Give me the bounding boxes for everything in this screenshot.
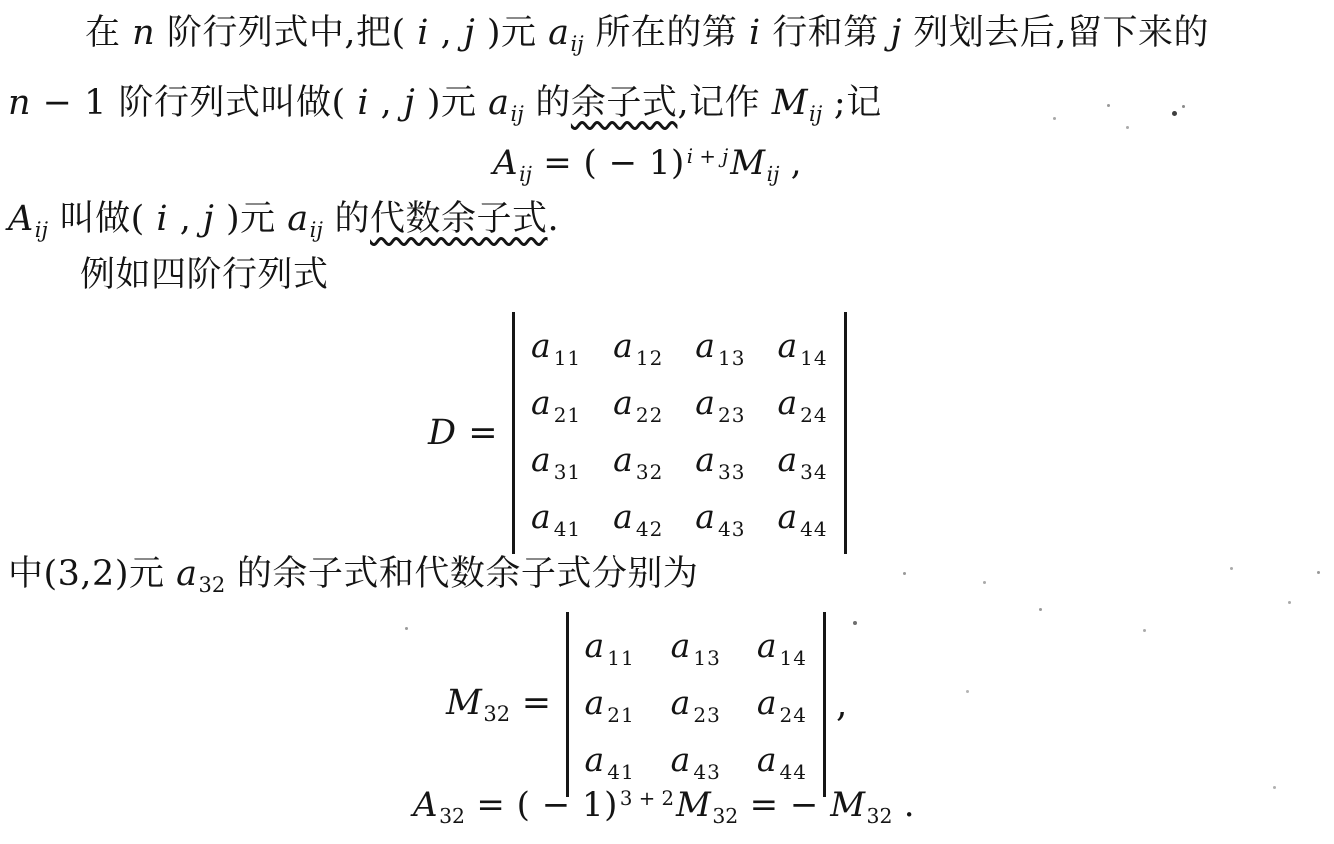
text-run: ij bbox=[767, 162, 780, 186]
text-run: i + j bbox=[687, 145, 728, 168]
matrix-entry: a11 bbox=[585, 626, 635, 670]
text-run: )元 bbox=[415, 83, 488, 123]
matrix-entry: a13 bbox=[695, 326, 745, 370]
text-run: M bbox=[730, 143, 765, 183]
paragraph-line-4: 中(3,2)元 a32 的余子式和代数余子式分别为 bbox=[8, 553, 698, 598]
matrix-entry: a34 bbox=[777, 440, 827, 484]
matrix-entry: a44 bbox=[757, 740, 807, 784]
matrix-entry: a24 bbox=[777, 383, 827, 427]
determinant-D-matrix: a11a12a13a14a21a22a23a24a31a32a33a34a41a… bbox=[512, 312, 847, 554]
matrix-entry: a12 bbox=[613, 326, 663, 370]
formula-A32-result: A32 = ( − 1)3 + 2M32 = − M32 . bbox=[413, 784, 915, 829]
minor-M32-matrix: a11a13a14a21a23a24a41a43a44 bbox=[566, 612, 826, 797]
text-run: = − bbox=[738, 785, 830, 825]
text-run: n bbox=[132, 13, 155, 53]
text-run: j bbox=[404, 83, 415, 123]
matrix-entry: a33 bbox=[695, 440, 745, 484]
text-run: , bbox=[779, 143, 802, 183]
text-run: ij bbox=[809, 102, 822, 126]
text-run: , bbox=[429, 13, 464, 53]
text-run: 例如四阶行列式 bbox=[80, 255, 329, 295]
text-run: a bbox=[548, 13, 569, 53]
text-run: D bbox=[428, 413, 457, 453]
scan-speck bbox=[1143, 629, 1146, 632]
matrix-entry: a31 bbox=[531, 440, 581, 484]
text-run: A bbox=[493, 143, 518, 183]
text-run: 32 bbox=[439, 804, 465, 828]
text-run: = bbox=[457, 413, 498, 453]
text-run: 阶行列式中,把( bbox=[155, 13, 417, 53]
matrix-entry: a44 bbox=[777, 497, 827, 541]
scan-speck bbox=[1053, 117, 1056, 120]
text-run: A bbox=[413, 785, 438, 825]
text-run: = bbox=[510, 683, 551, 723]
text-run: , bbox=[168, 199, 203, 239]
matrix-entry: a14 bbox=[777, 326, 827, 370]
text-run: i bbox=[156, 199, 168, 239]
text-run: ij bbox=[519, 162, 532, 186]
text-run: 所在的第 bbox=[584, 13, 749, 53]
scan-speck bbox=[1126, 126, 1129, 129]
text-run: = ( − 1) bbox=[465, 785, 618, 825]
text-run: i bbox=[749, 13, 761, 53]
text-run: 32 bbox=[867, 804, 893, 828]
text-run: M bbox=[446, 683, 482, 723]
text-run: 的 bbox=[323, 199, 370, 239]
text-run: M bbox=[830, 785, 865, 825]
scan-speck bbox=[405, 627, 408, 630]
determinant-D-label: D = bbox=[428, 413, 498, 453]
text-run: 3 + 2 bbox=[620, 787, 674, 810]
emphasized-term: 代数余子式 bbox=[370, 199, 548, 239]
text-run: . bbox=[548, 199, 560, 239]
text-run: )元 bbox=[214, 199, 287, 239]
text-run: j bbox=[203, 199, 214, 239]
formula-cofactor-definition: Aij = ( − 1)i + jMij , bbox=[493, 142, 802, 187]
text-run: M bbox=[772, 83, 808, 123]
scan-speck bbox=[983, 581, 986, 584]
text-run: 行和第 bbox=[761, 13, 891, 53]
scan-speck bbox=[1172, 111, 1177, 116]
matrix-entry: a32 bbox=[613, 440, 663, 484]
text-run: ,记作 bbox=[677, 83, 771, 123]
text-run: j bbox=[464, 13, 475, 53]
text-run: 叫做( bbox=[48, 199, 156, 239]
text-run: = ( − 1) bbox=[532, 143, 685, 183]
scan-speck bbox=[1182, 105, 1185, 108]
scan-speck bbox=[1273, 786, 1276, 789]
scan-speck bbox=[903, 572, 906, 575]
text-run: 列划去后,留下来的 bbox=[902, 13, 1209, 53]
matrix-entry: a21 bbox=[531, 383, 581, 427]
trailing-comma: , bbox=[836, 684, 847, 725]
scan-speck bbox=[1039, 608, 1042, 611]
scan-speck bbox=[853, 621, 857, 625]
example-intro-line: 例如四阶行列式 bbox=[80, 254, 329, 298]
emphasized-term: 余子式 bbox=[571, 83, 678, 123]
paragraph-line-3: Aij 叫做( i , j )元 aij 的代数余子式. bbox=[8, 198, 559, 243]
matrix-entry: a43 bbox=[671, 740, 721, 784]
determinant-D-block: D = a11a12a13a14a21a22a23a24a31a32a33a34… bbox=[428, 312, 847, 554]
scan-speck bbox=[966, 690, 969, 693]
text-run: 中(3,2)元 bbox=[8, 554, 176, 594]
text-run: j bbox=[890, 13, 901, 53]
text-run: ij bbox=[511, 102, 524, 126]
scanned-textbook-page: 在 n 阶行列式中,把( i , j )元 aij 所在的第 i 行和第 j 列… bbox=[0, 0, 1334, 844]
text-run: 32 bbox=[483, 702, 510, 726]
matrix-entry: a13 bbox=[671, 626, 721, 670]
scan-speck bbox=[1230, 567, 1233, 570]
text-run: ij bbox=[570, 32, 583, 56]
text-run: . bbox=[892, 785, 915, 825]
text-run: i bbox=[417, 13, 429, 53]
paragraph-line-1: 在 n 阶行列式中,把( i , j )元 aij 所在的第 i 行和第 j 列… bbox=[85, 12, 1209, 57]
text-run: ij bbox=[310, 218, 323, 242]
text-run: , bbox=[836, 684, 847, 725]
matrix-entry: a23 bbox=[695, 383, 745, 427]
text-run: 的余子式和代数余子式分别为 bbox=[225, 554, 698, 594]
matrix-entry: a22 bbox=[613, 383, 663, 427]
text-run: , bbox=[369, 83, 404, 123]
matrix-entry: a41 bbox=[531, 497, 581, 541]
text-run: 32 bbox=[198, 573, 225, 597]
minor-M32-block: M32 = a11a13a14a21a23a24a41a43a44 , bbox=[446, 612, 847, 797]
text-run: M bbox=[676, 785, 711, 825]
matrix-entry: a23 bbox=[671, 683, 721, 727]
matrix-entry: a24 bbox=[757, 683, 807, 727]
matrix-entry: a42 bbox=[613, 497, 663, 541]
text-run: 在 bbox=[85, 13, 132, 53]
matrix-entry: a11 bbox=[531, 326, 581, 370]
scan-speck bbox=[1288, 601, 1291, 604]
minor-M32-label: M32 = bbox=[446, 683, 552, 726]
text-run: 的 bbox=[524, 83, 571, 123]
text-run: a bbox=[176, 554, 197, 594]
matrix-entry: a14 bbox=[757, 626, 807, 670]
text-run: ;记 bbox=[822, 83, 881, 123]
text-run: )元 bbox=[475, 13, 548, 53]
scan-speck bbox=[1317, 571, 1320, 574]
matrix-entry: a41 bbox=[585, 740, 635, 784]
text-run: n bbox=[8, 83, 31, 123]
scan-speck bbox=[1107, 104, 1110, 107]
text-run: 32 bbox=[712, 804, 738, 828]
text-run: a bbox=[488, 83, 509, 123]
text-run: i bbox=[357, 83, 369, 123]
paragraph-line-2: n − 1 阶行列式叫做( i , j )元 aij 的余子式,记作 Mij ;… bbox=[8, 82, 882, 127]
text-run: − 1 阶行列式叫做( bbox=[31, 83, 357, 123]
matrix-entry: a43 bbox=[695, 497, 745, 541]
text-run: ij bbox=[35, 218, 48, 242]
text-run: a bbox=[287, 199, 308, 239]
text-run: A bbox=[8, 199, 34, 239]
matrix-entry: a21 bbox=[585, 683, 635, 727]
